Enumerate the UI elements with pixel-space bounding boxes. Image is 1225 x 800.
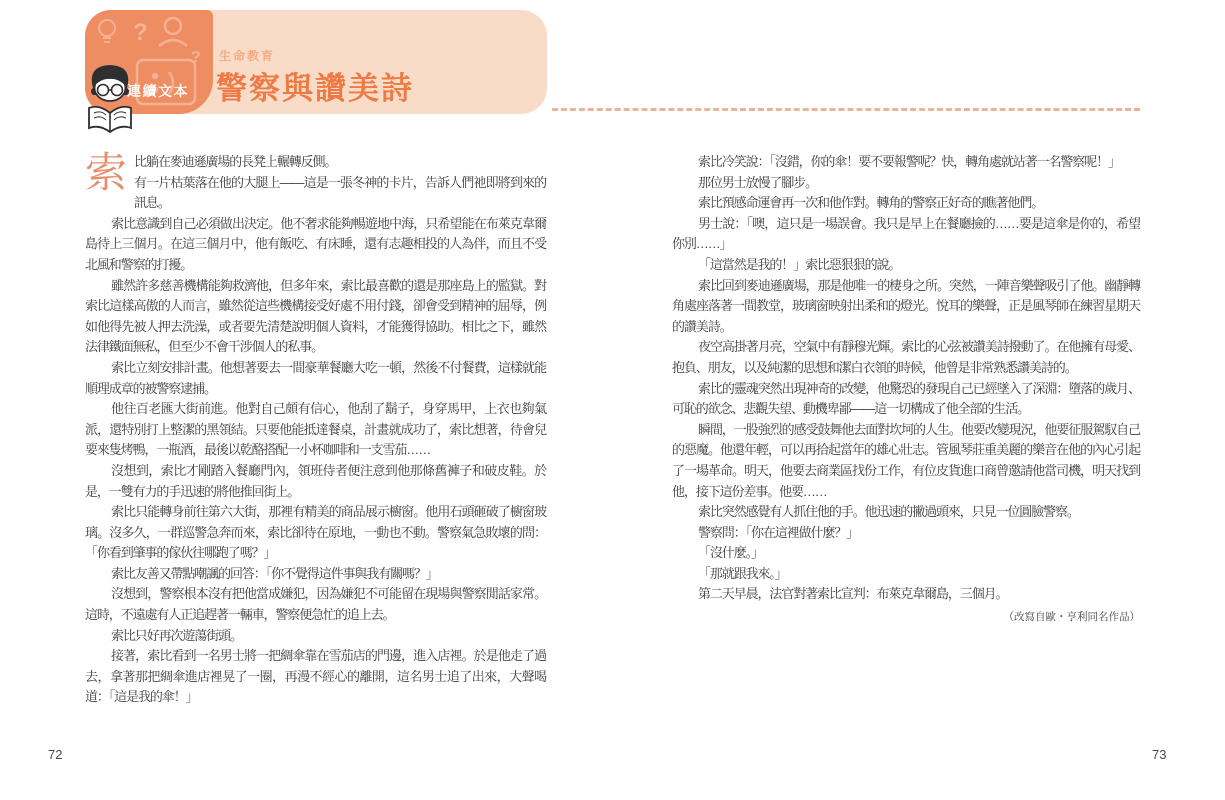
page-number-left: 72 xyxy=(48,747,62,762)
story-paragraph: 有一片枯葉落在他的大腿上——這是一張冬神的卡片，告訴人們祂即將到來的訊息。 xyxy=(85,173,546,214)
right-page-text: 索比冷笑說：「沒錯，你的傘！要不要報警呢？快，轉角處就站著一名警察呢！」 那位男… xyxy=(672,152,1140,628)
question-mark-icon: ? xyxy=(191,49,201,66)
story-paragraph: 「沒什麼。」 xyxy=(672,543,1140,564)
story-paragraph: 沒想到，索比才剛踏入餐廳門內，領班侍者便注意到他那條舊褲子和破皮鞋。於是，一雙有… xyxy=(85,461,546,502)
story-paragraph: 索比意識到自己必須做出決定。他不奢求能夠暢遊地中海，只希望能在布萊克韋爾島待上三… xyxy=(85,214,546,276)
page-number-right: 73 xyxy=(1152,747,1166,762)
person-icon xyxy=(159,18,187,46)
story-paragraph: 索比立刻安排計畫。他想著要去一間豪華餐廳大吃一頓，然後不付餐費，這樣就能順理成章… xyxy=(85,358,546,399)
story-paragraph: 索比突然感覺有人抓住他的手。他迅速的撇過頭來，只見一位圓臉警察。 xyxy=(672,502,1140,523)
reader-mascot-icon xyxy=(79,58,141,136)
question-mark-icon: ? xyxy=(133,19,148,46)
left-page-text: 索比躺在麥迪遜廣場的長凳上輾轉反側。 有一片枯葉落在他的大腿上——這是一張冬神的… xyxy=(85,152,546,708)
story-paragraph: 那位男士放慢了腳步。 xyxy=(672,173,1140,194)
story-paragraph: 沒想到，警察根本沒有把他當成嫌犯，因為嫌犯不可能留在現場與警察閒話家常。這時，不… xyxy=(85,584,546,625)
story-paragraph: 男士說：「噢，這只是一場誤會。我只是早上在餐廳撿的……要是這傘是你的，希望你別…… xyxy=(672,214,1140,255)
story-paragraph: 瞬間，一股強烈的感受鼓舞他去面對坎坷的人生。他要改變現況，他要征服駕馭自己的惡魔… xyxy=(672,420,1140,502)
story-paragraph: 索比冷笑說：「沒錯，你的傘！要不要報警呢？快，轉角處就站著一名警察呢！」 xyxy=(672,152,1140,173)
story-paragraph: 索比友善又帶點嘲諷的回答：「你不覺得這件事與我有關嗎？」 xyxy=(85,564,546,585)
chapter-header: ? ? xyxy=(85,10,547,114)
story-paragraph: 索比回到麥迪遜廣場，那是他唯一的棲身之所。突然，一陣音樂聲吸引了他。幽靜轉角處座… xyxy=(672,276,1140,338)
story-text: 比躺在麥迪遜廣場的長凳上輾轉反側。 xyxy=(134,154,336,169)
story-paragraph: 索比只能轉身前往第六大街，那裡有精美的商品展示櫥窗。他用石頭砸破了櫥窗玻璃。沒多… xyxy=(85,502,546,564)
story-paragraph: 「那就跟我來。」 xyxy=(672,564,1140,585)
drop-cap: 索 xyxy=(85,153,127,194)
dashed-divider xyxy=(552,108,1140,111)
story-paragraph: 第二天早晨，法官對著索比宣判：布萊克韋爾島，三個月。 xyxy=(672,584,1140,605)
story-paragraph: 雖然許多慈善機構能夠救濟他，但多年來，索比最喜歡的還是那座島上的監獄。對索比這樣… xyxy=(85,276,546,358)
attribution: （改寫自歐・亨利同名作品） xyxy=(672,607,1140,628)
lightbulb-icon xyxy=(99,20,115,42)
story-paragraph: 索比躺在麥迪遜廣場的長凳上輾轉反側。 xyxy=(85,152,546,173)
category-label: 生命教育 xyxy=(219,47,275,64)
story-paragraph: 「這當然是我的！」索比惡狠狠的說。 xyxy=(672,255,1140,276)
story-paragraph: 他往百老匯大街前進。他對自己頗有信心，他刮了鬍子，身穿馬甲，上衣也夠氣派，還特別… xyxy=(85,399,546,461)
story-paragraph: 索比的靈魂突然出現神奇的改變，他驚恐的發現自己已經墜入了深淵：墮落的歲月、可恥的… xyxy=(672,379,1140,420)
story-paragraph: 警察問：「你在這裡做什麼？」 xyxy=(672,523,1140,544)
story-paragraph: 夜空高掛著月亮，空氣中有靜穆光輝。索比的心弦被讚美詩撥動了。在他擁有母愛、抱負、… xyxy=(672,337,1140,378)
chapter-title: 警察與讚美詩 xyxy=(216,63,414,108)
story-paragraph: 索比只好再次遊蕩街頭。 xyxy=(85,626,546,647)
story-paragraph: 索比預感命運會再一次和他作對。轉角的警察正好奇的瞧著他們。 xyxy=(672,193,1140,214)
story-paragraph: 接著，索比看到一名男士將一把綢傘靠在雪茄店的門邊，進入店裡。於是他走了過去，拿著… xyxy=(85,646,546,708)
